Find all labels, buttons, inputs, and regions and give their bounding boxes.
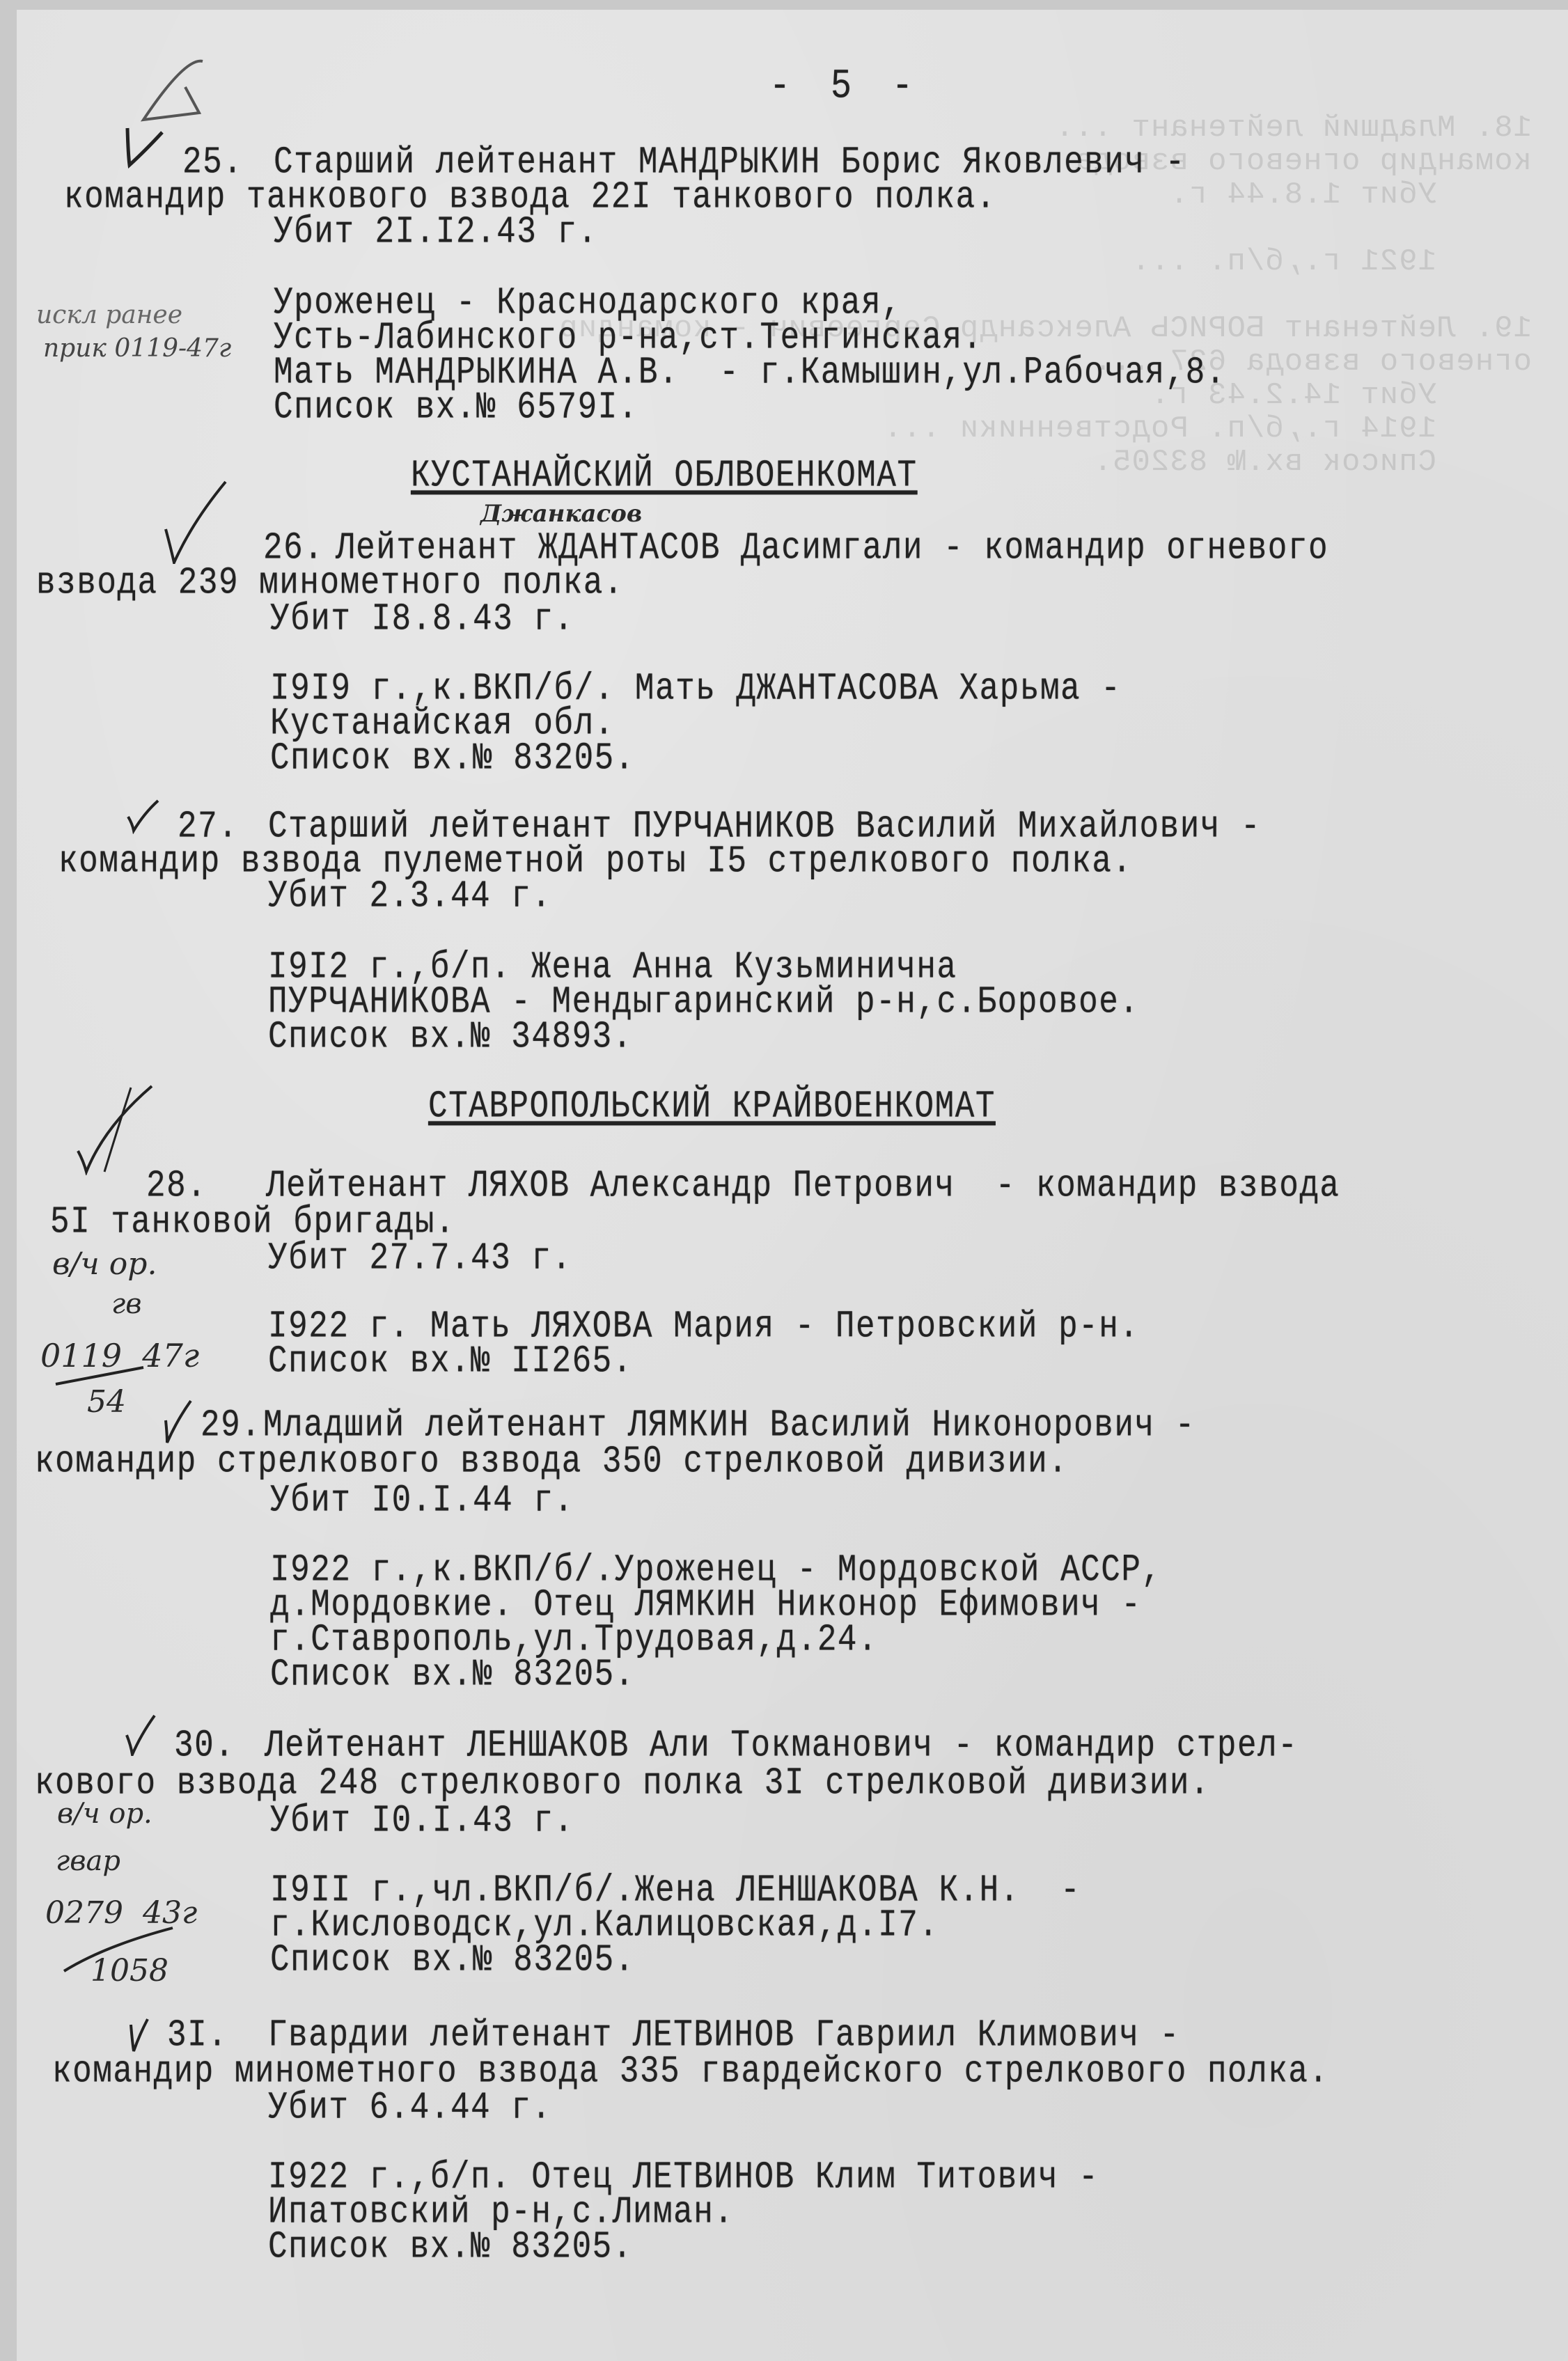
entry-30-line2: кового взвода 248 стрелкового полка 3I с… — [35, 1764, 1210, 1802]
entry-30-line1: Лейтенант ЛЕНШАКОВ Али Токманович - кома… — [265, 1727, 1298, 1764]
entry-29-number: 29. — [201, 1406, 261, 1444]
entry-31-killed: Убит 6.4.44 г. — [268, 2089, 551, 2126]
entry-26-detail: Список вх.№ 83205. — [270, 739, 635, 777]
heading-note: Джанкасов — [480, 500, 642, 528]
margin-note: 1058 — [91, 1953, 168, 1989]
entry-26-line2: взвода 239 минометного полка. — [36, 564, 624, 602]
entry-31-detail: Список вх.№ 83205. — [268, 2228, 633, 2266]
section-heading: СТАВРОПОЛЬСКИЙ КРАЙВОЕНКОМАТ — [428, 1088, 996, 1125]
entry-28-detail: Список вх.№ II265. — [268, 1342, 633, 1380]
checkmark-icon — [127, 799, 162, 834]
entry-30-number: 30. — [174, 1727, 235, 1764]
entry-25-detail: Список вх.№ 6579I. — [274, 389, 638, 426]
page-number: - 5 - — [769, 68, 923, 106]
margin-note: гвар — [56, 1845, 120, 1877]
entry-27-detail: Список вх.№ 34893. — [268, 1018, 633, 1056]
margin-note: в/ч ор. — [52, 1246, 157, 1282]
entry-28-line1: Лейтенант ЛЯХОВ Александр Петрович - ком… — [266, 1167, 1340, 1205]
checkmark-icon — [162, 1399, 193, 1445]
entry-26-killed: Убит I8.8.43 г. — [270, 600, 574, 638]
entry-28-killed: Убит 27.7.43 г. — [268, 1239, 572, 1277]
triangle-mark-icon — [136, 56, 206, 125]
checkmark-icon — [164, 480, 227, 564]
entry-28-number: 28. — [146, 1167, 207, 1205]
entry-30-killed: Убит I0.I.43 г. — [270, 1802, 574, 1840]
entry-31-line1: Гвардии лейтенант ЛЕТВИНОВ Гавриил Климо… — [268, 2016, 1180, 2054]
entry-29-detail: Список вх.№ 83205. — [270, 1656, 635, 1693]
entry-28-line2: 5I танковой бригады. — [50, 1203, 455, 1241]
entry-29-line1: Младший лейтенант ЛЯМКИН Василий Никонор… — [263, 1406, 1195, 1444]
margin-note: прик 0119-47г — [43, 334, 231, 363]
entry-27-line2: командир взвода пулеметной роты I5 стрел… — [58, 842, 1133, 880]
entry-31-line2: командир минометного взвода 335 гвардейс… — [52, 2053, 1329, 2090]
checkmark-icon — [124, 127, 166, 168]
entry-25-killed: Убит 2I.I2.43 г. — [274, 213, 598, 251]
entry-31-number: 3I. — [167, 2016, 228, 2054]
fraction-line — [54, 1365, 145, 1386]
margin-note: в/ч ор. — [57, 1798, 152, 1830]
entry-29-killed: Убит I0.I.44 г. — [270, 1482, 574, 1519]
checkmark-icon — [77, 1085, 153, 1175]
entry-27-killed: Убит 2.3.44 г. — [268, 877, 551, 915]
margin-note: искл ранее — [36, 301, 182, 329]
entry-30-detail: Список вх.№ 83205. — [270, 1941, 635, 1979]
entry-29-line2: командир стрелкового взвода 350 стрелков… — [35, 1443, 1068, 1480]
section-heading: КУСТАНАЙСКИЙ ОБЛВОЕНКОМАТ — [411, 457, 918, 494]
checkmark-icon — [125, 1714, 157, 1756]
checkmark-icon — [128, 2018, 149, 2053]
margin-note: 54 — [87, 1384, 126, 1420]
margin-note: гв — [111, 1288, 142, 1320]
